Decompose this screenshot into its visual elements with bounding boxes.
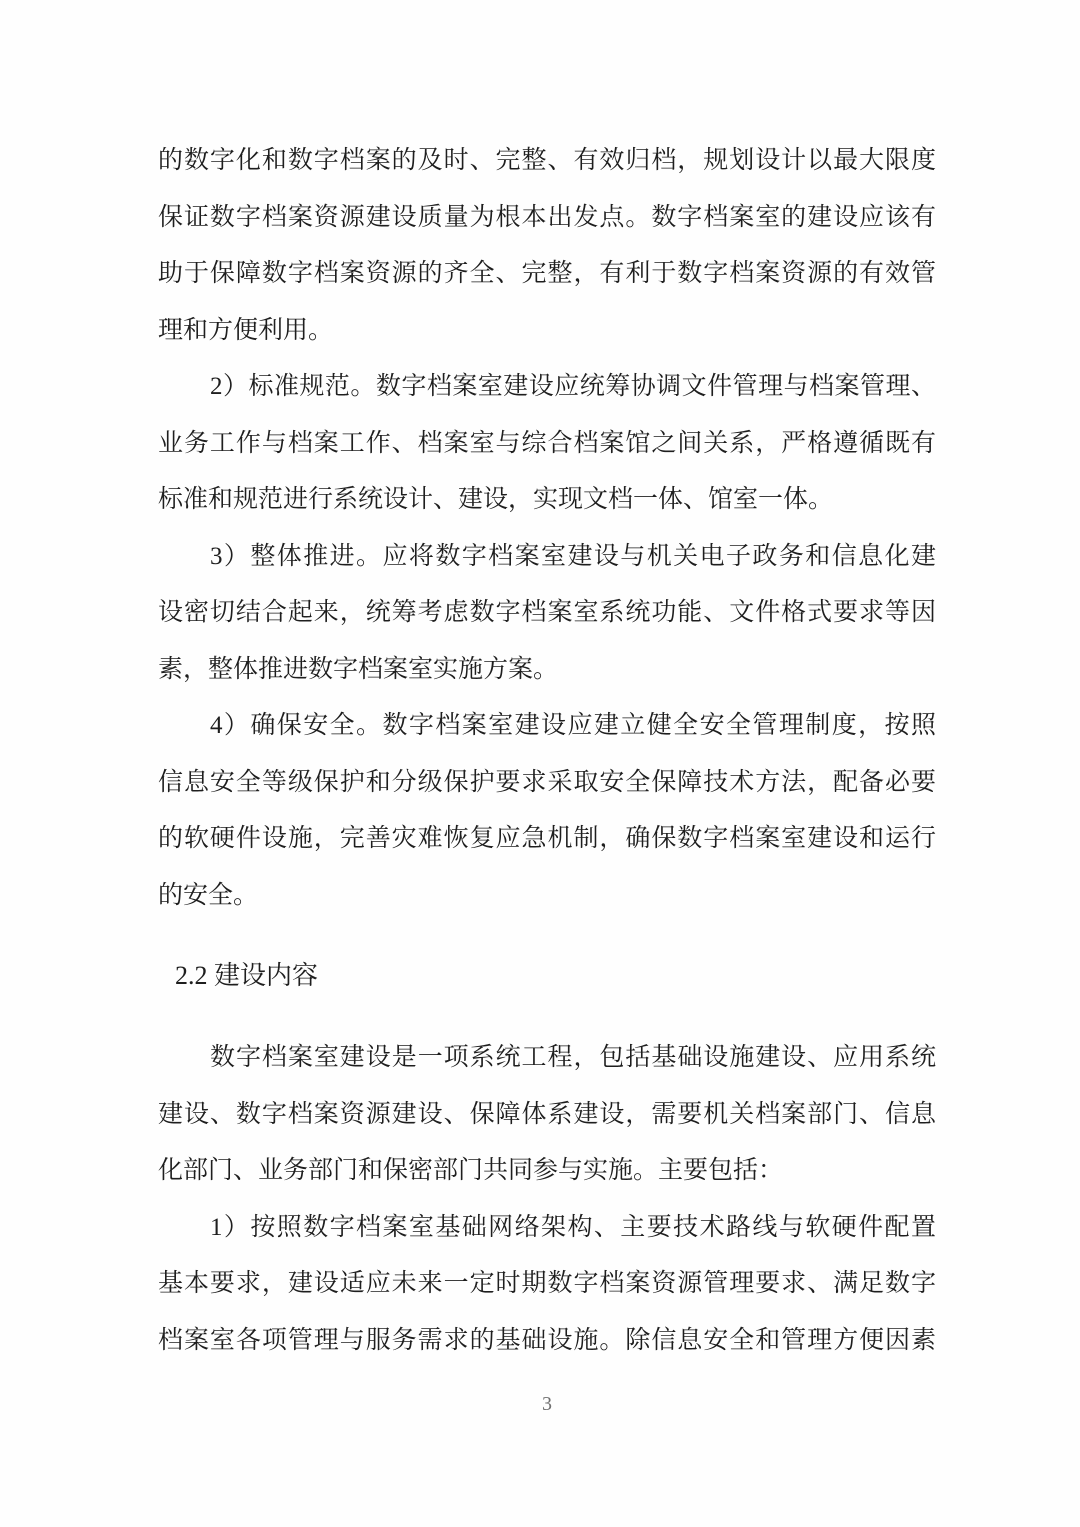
text-line: 化部门、业务部门和保密部门共同参与实施。主要包括： (158, 1143, 936, 1200)
text-line: 设密切结合起来，统筹考虑数字档案室系统功能、文件格式要求等因 (158, 585, 936, 642)
text-line: 的安全。 (158, 868, 936, 925)
text-line: 数字档案室建设是一项系统工程，包括基础设施建设、应用系统 (158, 1030, 936, 1087)
text-line: 标准和规范进行系统设计、建设，实现文档一体、馆室一体。 (158, 472, 936, 529)
page-number: 3 (158, 1393, 936, 1415)
text-line: 理和方便利用。 (158, 303, 936, 360)
text-line: 建设、数字档案资源建设、保障体系建设，需要机关档案部门、信息 (158, 1087, 936, 1144)
text-line: 的软硬件设施，完善灾难恢复应急机制，确保数字档案室建设和运行 (158, 811, 936, 868)
section-heading: 2.2 建设内容 (158, 947, 936, 1004)
text-line: 档案室各项管理与服务需求的基础设施。除信息安全和管理方便因素 (158, 1313, 936, 1370)
text-line: 保证数字档案资源建设质量为根本出发点。数字档案室的建设应该有 (158, 190, 936, 247)
text-line: 1）按照数字档案室基础网络架构、主要技术路线与软硬件配置 (158, 1200, 936, 1257)
text-line: 业务工作与档案工作、档案室与综合档案馆之间关系，严格遵循既有 (158, 416, 936, 473)
text-line: 助于保障数字档案资源的齐全、完整，有利于数字档案资源的有效管 (158, 246, 936, 303)
page-body: 的数字化和数字档案的及时、完整、有效归档，规划设计以最大限度 保证数字档案资源建… (158, 133, 936, 1415)
text-line: 3）整体推进。应将数字档案室建设与机关电子政务和信息化建 (158, 529, 936, 586)
text-line: 素，整体推进数字档案室实施方案。 (158, 642, 936, 699)
document-page: 的数字化和数字档案的及时、完整、有效归档，规划设计以最大限度 保证数字档案资源建… (0, 0, 1080, 1527)
text-line: 基本要求，建设适应未来一定时期数字档案资源管理要求、满足数字 (158, 1256, 936, 1313)
text-line: 的数字化和数字档案的及时、完整、有效归档，规划设计以最大限度 (158, 133, 936, 190)
text-line: 信息安全等级保护和分级保护要求采取安全保障技术方法，配备必要 (158, 755, 936, 812)
text-line: 4）确保安全。数字档案室建设应建立健全安全管理制度，按照 (158, 698, 936, 755)
text-line: 2）标准规范。数字档案室建设应统筹协调文件管理与档案管理、 (158, 359, 936, 416)
